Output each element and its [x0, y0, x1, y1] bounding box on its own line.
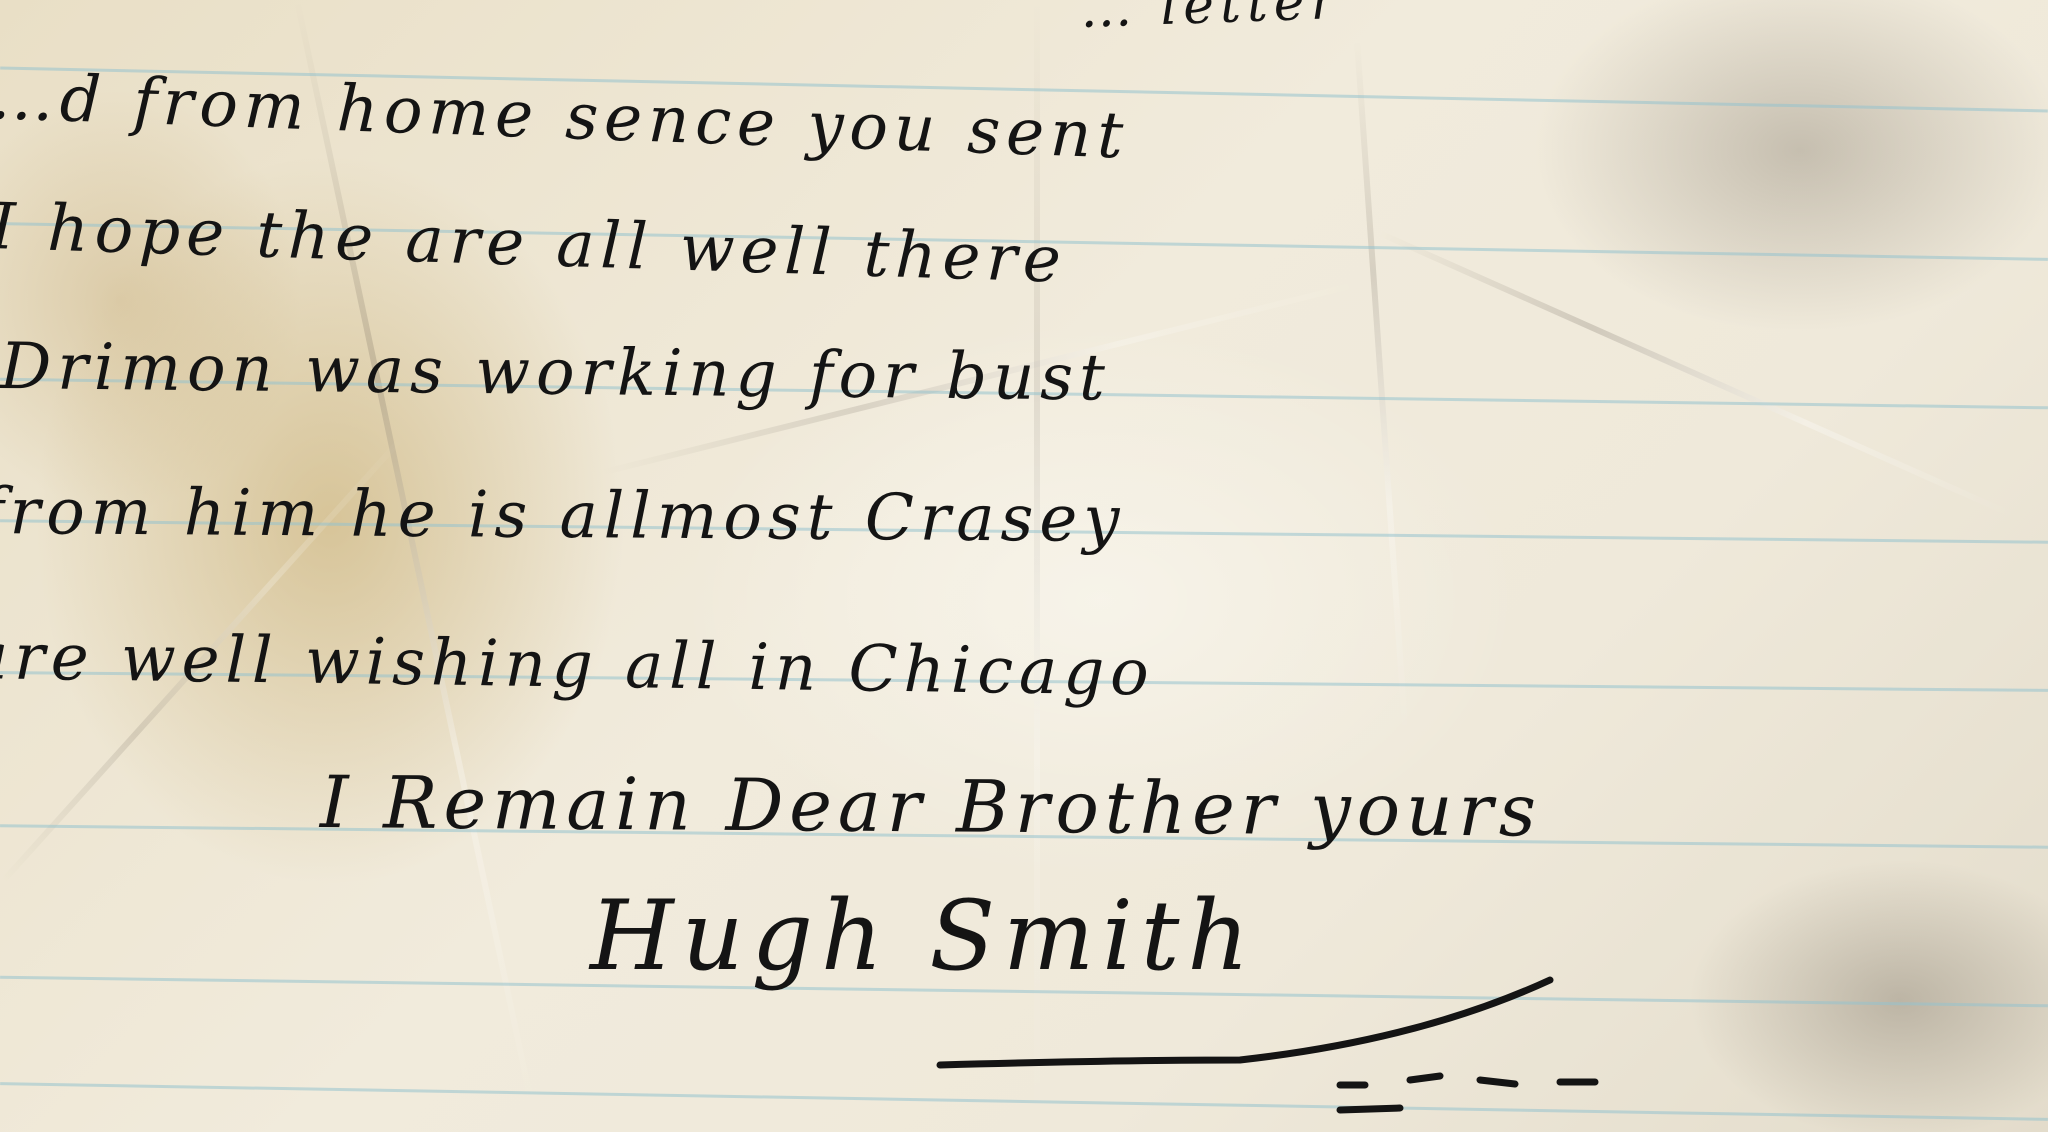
signature-flourish	[0, 0, 2048, 1132]
